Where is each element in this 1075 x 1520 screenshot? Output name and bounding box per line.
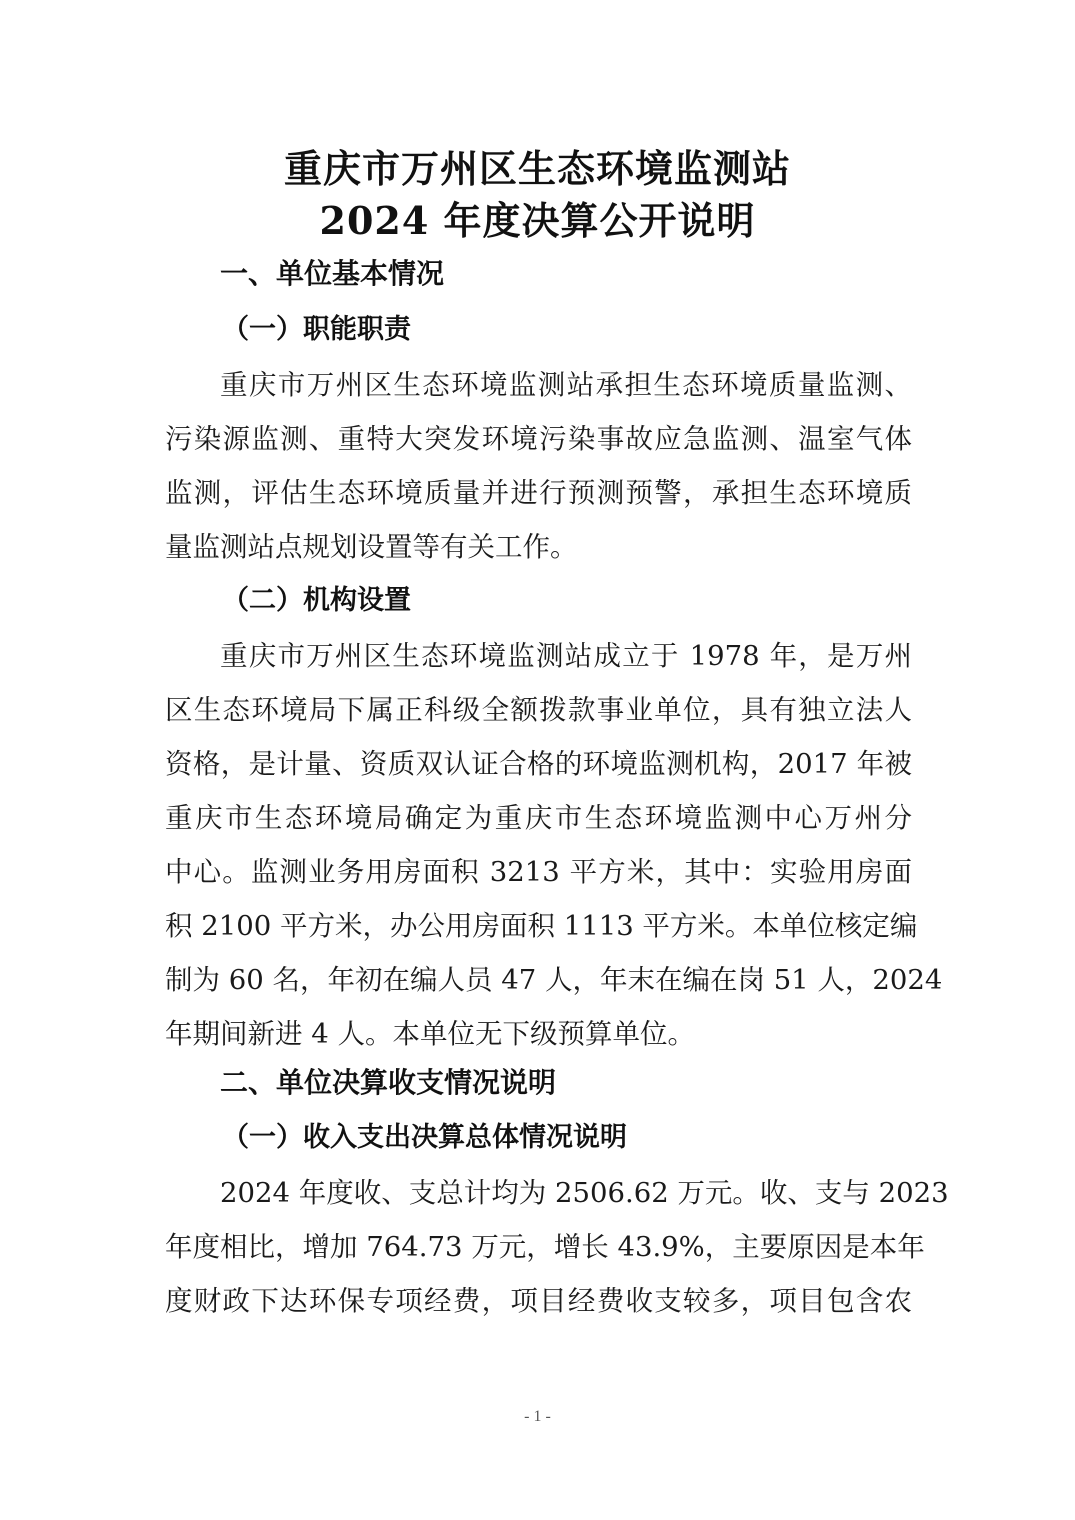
subsection-heading-organization: （二）机构设置 bbox=[222, 578, 411, 617]
paragraph-line: 重庆市生态环境局确定为重庆市生态环境监测中心万州分 bbox=[165, 795, 912, 835]
paragraph-line: 年期间新进 4 人。本单位无下级预算单位。 bbox=[165, 1011, 912, 1051]
document-title-line-1: 重庆市万州区生态环境监测站 bbox=[0, 138, 1075, 193]
section-heading-budget: 二、单位决算收支情况说明 bbox=[220, 1061, 556, 1101]
page-number: - 1 - bbox=[0, 1408, 1075, 1426]
paragraph-line: 监测，评估生态环境质量并进行预测预警，承担生态环境质 bbox=[165, 470, 912, 510]
paragraph-line: 积 2100 平方米，办公用房面积 1113 平方米。本单位核定编 bbox=[165, 903, 912, 943]
document-title-line-2: 2024 年度决算公开说明 bbox=[0, 190, 1075, 245]
paragraph-line: 制为 60 名，年初在编人员 47 人，年末在编在岗 51 人，2024 bbox=[165, 957, 912, 997]
paragraph-line: 度财政下达环保专项经费，项目经费收支较多，项目包含农 bbox=[165, 1278, 912, 1318]
paragraph-line: 重庆市万州区生态环境监测站成立于 1978 年，是万州 bbox=[220, 633, 912, 673]
paragraph-line: 重庆市万州区生态环境监测站承担生态环境质量监测、 bbox=[220, 362, 912, 402]
paragraph-line: 污染源监测、重特大突发环境污染事故应急监测、温室气体 bbox=[165, 416, 912, 456]
paragraph-line: 资格，是计量、资质双认证合格的环境监测机构，2017 年被 bbox=[165, 741, 912, 781]
subsection-heading-overall: （一）收入支出决算总体情况说明 bbox=[222, 1115, 627, 1154]
paragraph-line: 区生态环境局下属正科级全额拨款事业单位，具有独立法人 bbox=[165, 687, 912, 727]
paragraph-line: 2024 年度收、支总计均为 2506.62 万元。收、支与 2023 bbox=[220, 1170, 912, 1210]
section-heading-basic-info: 一、单位基本情况 bbox=[220, 252, 444, 292]
document-page: 重庆市万州区生态环境监测站 2024 年度决算公开说明 一、单位基本情况 （一）… bbox=[0, 0, 1075, 1520]
subsection-heading-functions: （一）职能职责 bbox=[222, 307, 411, 346]
paragraph-line: 量监测站点规划设置等有关工作。 bbox=[165, 524, 912, 564]
paragraph-line: 年度相比，增加 764.73 万元，增长 43.9%，主要原因是本年 bbox=[165, 1224, 912, 1264]
paragraph-line: 中心。监测业务用房面积 3213 平方米，其中：实验用房面 bbox=[165, 849, 912, 889]
